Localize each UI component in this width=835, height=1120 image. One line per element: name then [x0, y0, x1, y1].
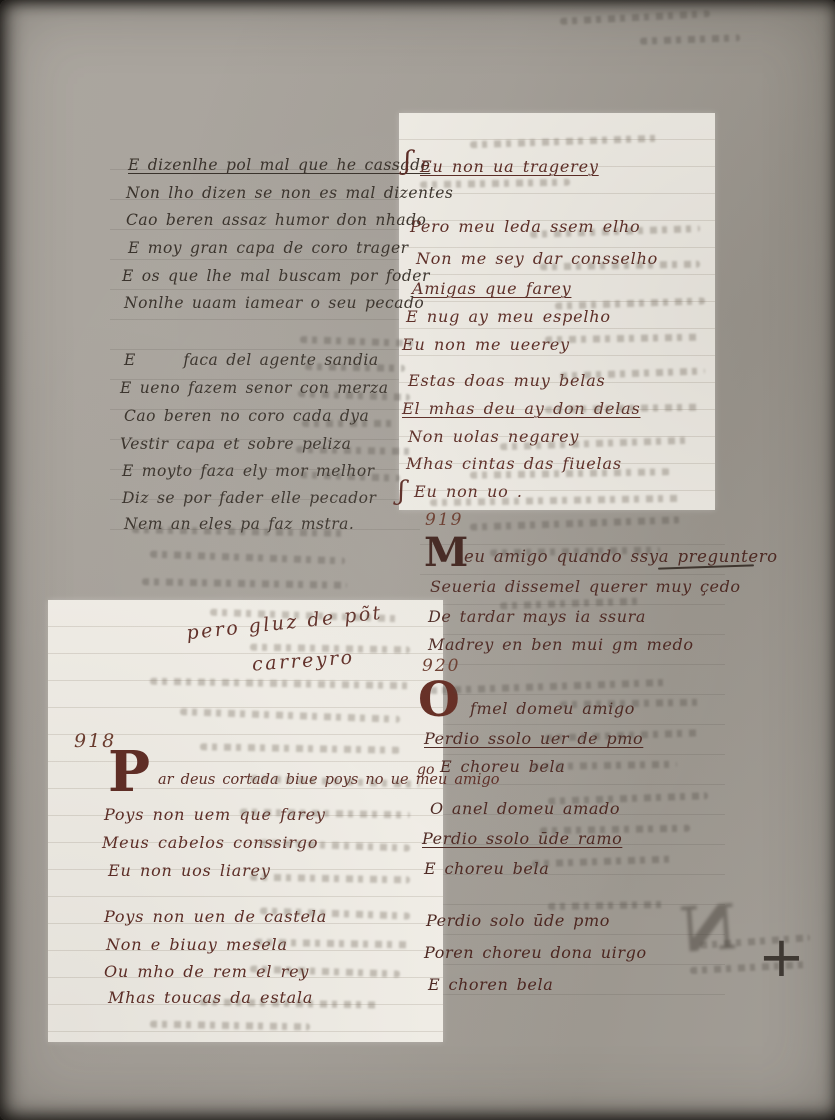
show-through-mark	[300, 336, 415, 347]
verse-line: E choreu bela	[424, 860, 549, 878]
show-through-mark	[296, 446, 414, 455]
illuminated-initial-918: P	[108, 744, 150, 800]
show-through-mark	[540, 825, 690, 835]
show-through-mark	[532, 856, 672, 868]
verse-line: Nonlhe uaam iamear o seu pecado	[124, 295, 424, 312]
cantiga-number-919: 919	[425, 510, 463, 530]
verse-line: E choren bela	[428, 976, 553, 994]
verse-line: E nug ay meu espelho	[406, 308, 611, 326]
show-through-mark	[560, 699, 700, 708]
verse-line: Amigas que farey	[412, 280, 571, 298]
illuminated-initial-920: O	[418, 676, 460, 724]
show-through-initial: N	[678, 896, 739, 962]
show-through-mark	[532, 761, 677, 771]
verse-line: Eu non uos liarey	[108, 862, 271, 880]
show-through-mark	[470, 516, 680, 530]
flourish-mark: ʃ	[404, 146, 411, 176]
verse-line: Poren choreu dona uirgo	[424, 944, 647, 962]
show-through-mark	[300, 471, 400, 481]
show-through-mark	[548, 901, 668, 910]
verse-line: Diz se por fader elle pecador	[122, 490, 376, 507]
illuminated-initial-919: M	[424, 533, 468, 573]
verse-line: Cao beren assaz humor don nhado	[126, 212, 426, 229]
verse-line: E dizenlhe pol mal que he cassado	[128, 157, 430, 174]
verse-line: De tardar mays ia ssura	[428, 608, 646, 626]
show-through-mark	[548, 792, 708, 805]
show-through-mark	[430, 679, 670, 694]
verse-line: Non lho dizen se non es mal dizentes	[126, 185, 453, 202]
show-through-mark	[298, 390, 410, 401]
verse-line: Eu non ua tragerey	[420, 158, 599, 176]
verse-line: E moy gran capa de coro trager	[128, 240, 409, 257]
verse-line: E os que lhe mal buscam por foder	[122, 268, 430, 285]
show-through-mark	[640, 34, 740, 44]
verse-line: Seueria dissemel querer muy çedo	[430, 578, 741, 596]
show-through-mark	[142, 578, 347, 589]
manuscript-page: E dizenlhe pol mal que he cassado Non lh…	[0, 0, 835, 1120]
verse-line: Madrey en ben mui gm medo	[428, 636, 694, 654]
verse-line: Perdio solo ūde pmo	[426, 912, 610, 930]
show-through-mark	[305, 363, 405, 372]
show-through-mark	[302, 420, 397, 427]
show-through-mark	[560, 10, 710, 25]
show-through-mark	[150, 551, 345, 565]
